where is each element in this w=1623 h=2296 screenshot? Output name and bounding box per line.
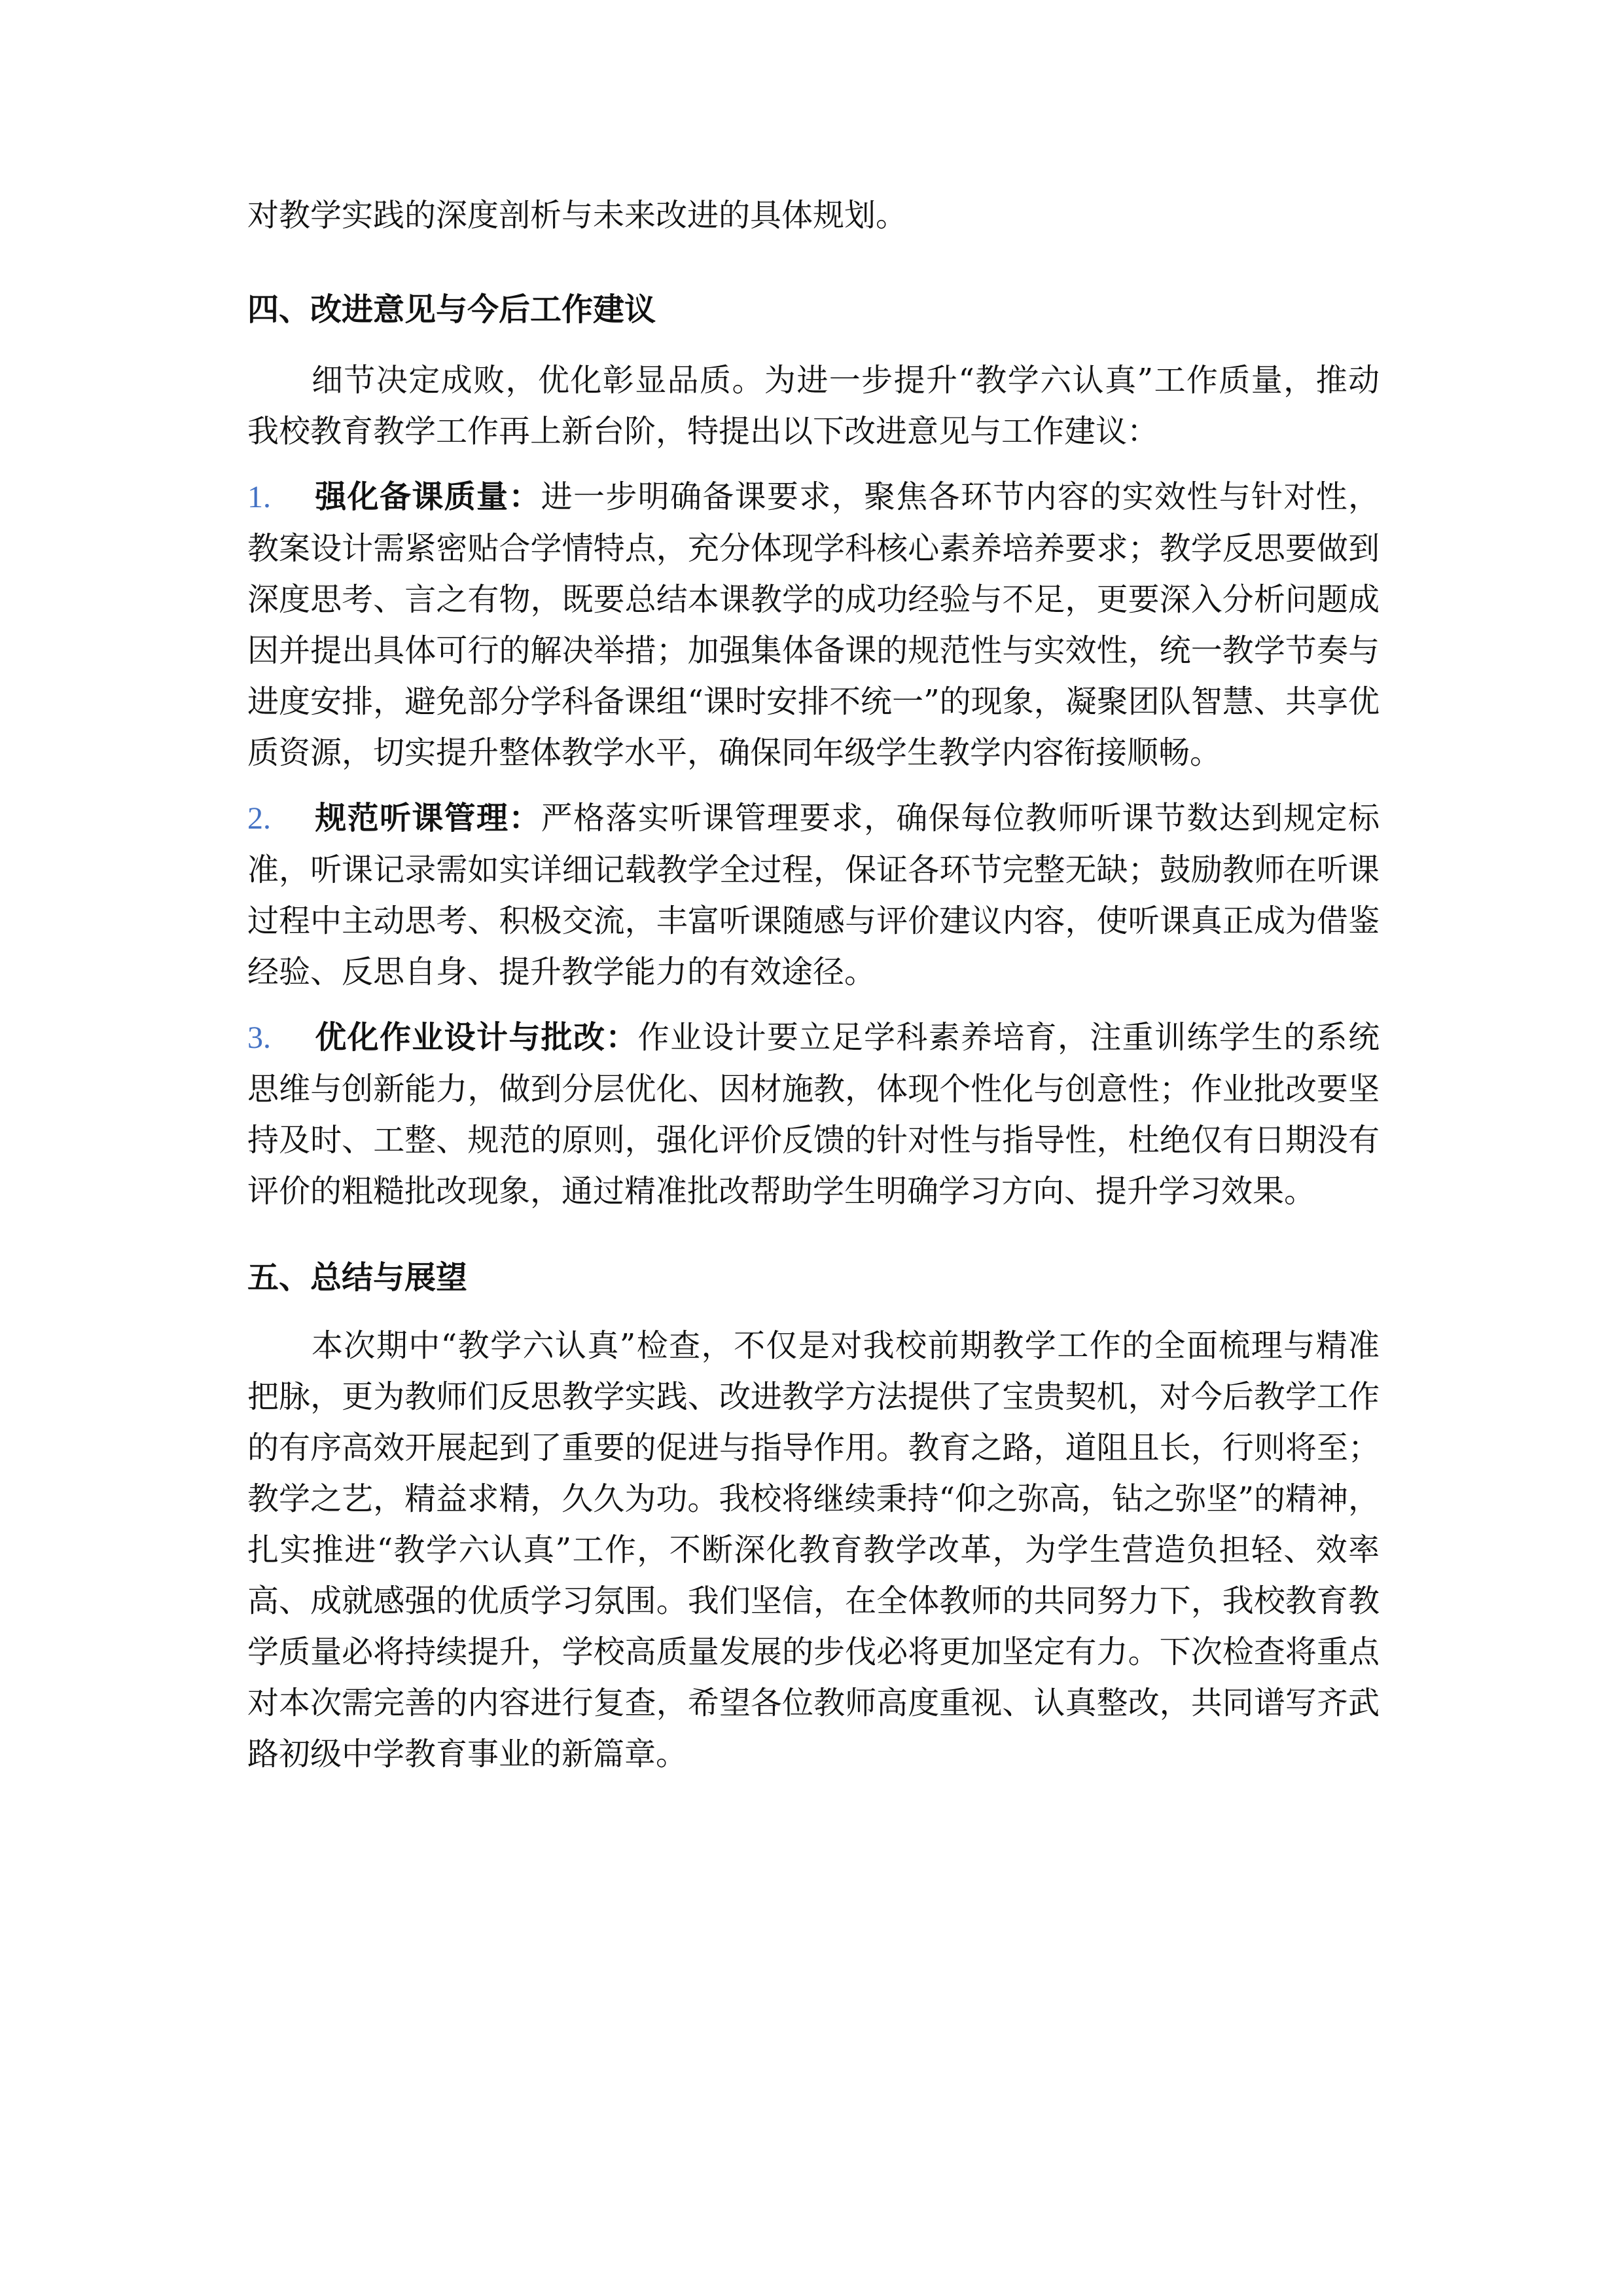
list-item-body: 进一步明确备课要求，聚焦各环节内容的实效性与针对性，教案设计需紧密贴合学情特点，… — [247, 478, 1380, 771]
list-item-lead: 规范听课管理： — [314, 800, 541, 836]
list-item-lead: 强化备课质量： — [314, 478, 541, 515]
section4-intro: 细节决定成败，优化彰显品质。为进一步提升“教学六认真”工作质量，推动我校教育教学… — [247, 355, 1380, 457]
section5-body: 本次期中“教学六认真”检查，不仅是对我校前期教学工作的全面梳理与精准把脉，更为教… — [247, 1320, 1380, 1780]
continuation-line: 对教学实践的深度剖析与未来改进的具体规划。 — [247, 190, 1380, 241]
list-item: 1.强化备课质量：进一步明确备课要求，聚焦各环节内容的实效性与针对性，教案设计需… — [247, 471, 1380, 778]
section4-heading: 四、改进意见与今后工作建议 — [247, 284, 1380, 335]
list-item: 3.优化作业设计与批改：作业设计要立足学科素养培育，注重训练学生的系统思维与创新… — [247, 1012, 1380, 1217]
improvement-list: 1.强化备课质量：进一步明确备课要求，聚焦各环节内容的实效性与针对性，教案设计需… — [247, 471, 1380, 1217]
section5-heading: 五、总结与展望 — [247, 1252, 1380, 1303]
list-number: 1. — [247, 472, 314, 523]
list-number: 3. — [247, 1013, 314, 1064]
document-page: 对教学实践的深度剖析与未来改进的具体规划。 四、改进意见与今后工作建议 细节决定… — [247, 190, 1380, 1780]
list-number: 2. — [247, 793, 314, 844]
list-item: 2.规范听课管理：严格落实听课管理要求，确保每位教师听课节数达到规定标准，听课记… — [247, 793, 1380, 997]
list-item-lead: 优化作业设计与批改： — [314, 1019, 638, 1056]
